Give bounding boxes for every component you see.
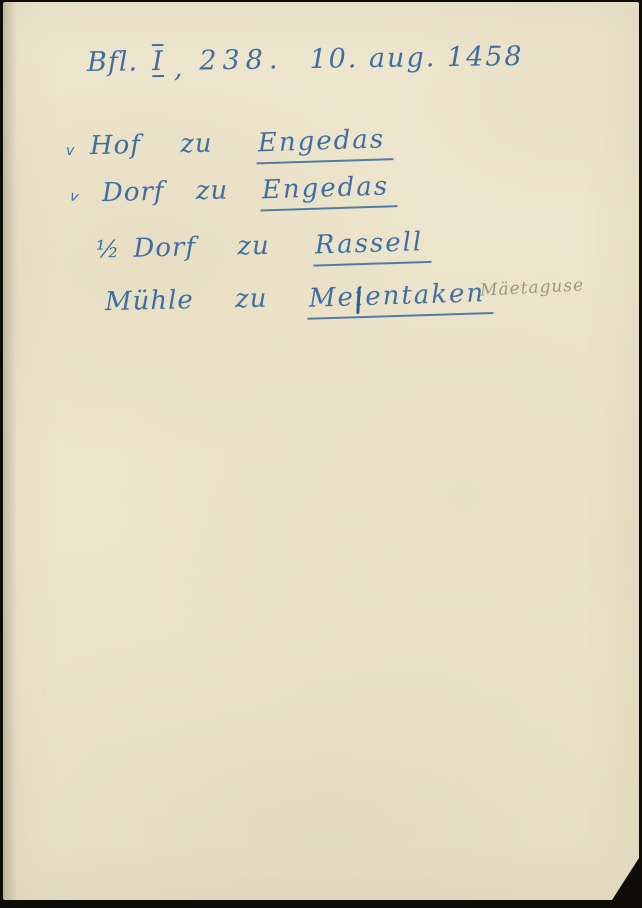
entry-line: Mühle zu Meientaken: [105, 279, 494, 323]
entry-line: Hof zu Engedas: [90, 125, 394, 167]
entry-place-name: Engedas: [255, 124, 393, 164]
entry-preposition: zu: [195, 175, 228, 206]
entry-object: Dorf: [133, 232, 196, 263]
source-abbreviation: Bfl.: [87, 46, 138, 78]
entry-line: ½ Dorf zu Rassell: [96, 227, 432, 270]
entry-place-name: Meientaken: [306, 278, 493, 320]
entry-preposition: zu: [237, 231, 270, 262]
entry-preposition: zu: [180, 129, 213, 160]
paper-edge-shadow: [3, 2, 17, 900]
entry-place-name: Engedas: [259, 171, 397, 211]
scan-background: Bfl.I,238.10. aug. 1458 v v Hof zu Enged…: [0, 0, 642, 908]
entry-fraction: ½: [96, 235, 121, 264]
header-line: Bfl.I,238.10. aug. 1458: [87, 41, 524, 78]
entry-line: Dorf zu Engedas: [102, 172, 397, 214]
page-number: 238.: [199, 44, 284, 76]
entry-preposition: zu: [235, 284, 268, 315]
index-card: Bfl.I,238.10. aug. 1458 v v Hof zu Enged…: [3, 2, 639, 900]
pencil-annotation: Mäetaguse: [480, 275, 585, 300]
entry-object: Dorf: [102, 177, 165, 208]
checkmark-icon: v: [66, 143, 74, 159]
volume-numeral: I: [152, 46, 164, 77]
entry-object: Mühle: [105, 285, 194, 317]
entry-place-name: Rassell: [313, 227, 432, 267]
date: 10. aug. 1458: [309, 41, 524, 75]
entry-object: Hof: [90, 130, 142, 161]
separator-comma: ,: [174, 53, 184, 84]
checkmark-icon: v: [68, 188, 79, 205]
